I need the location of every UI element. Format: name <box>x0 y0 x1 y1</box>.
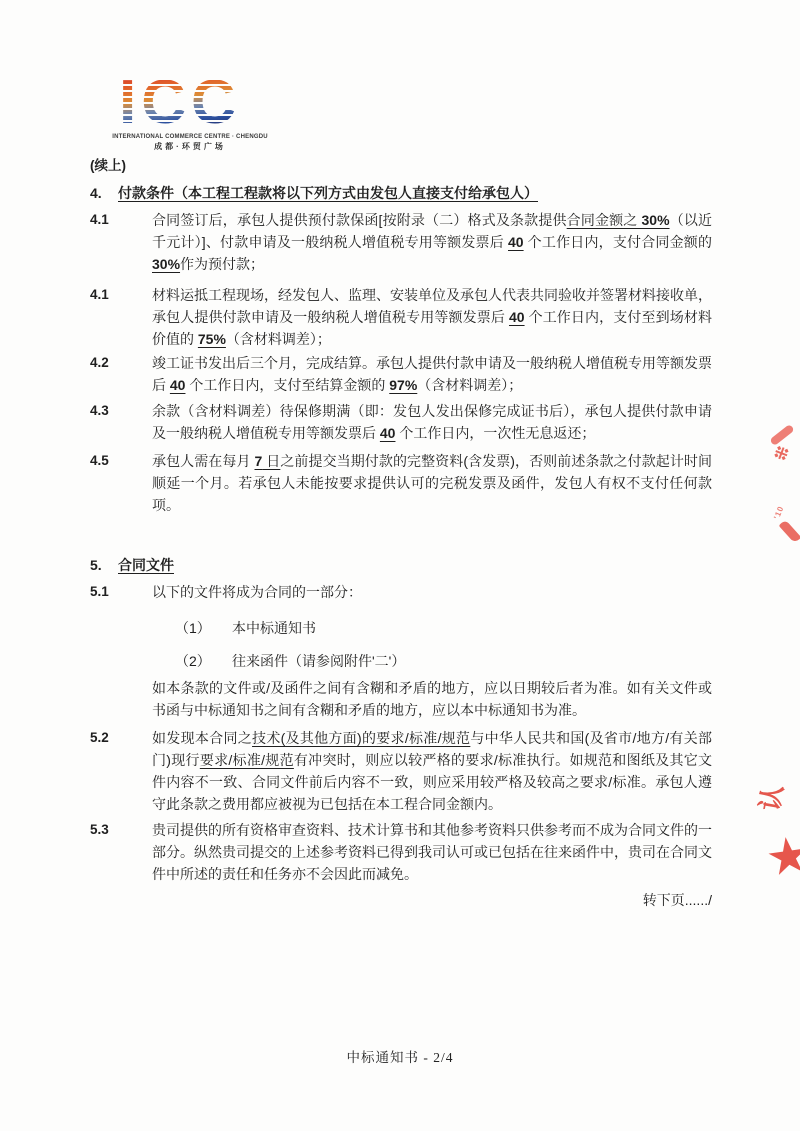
text-segment: 日 <box>262 453 280 469</box>
section-5-number: 5. <box>90 554 118 576</box>
clause-number: 5.3 <box>90 819 152 885</box>
text-segment: 75% <box>198 331 226 347</box>
stamp-fragment-stroke <box>779 520 800 544</box>
icc-logo-letters: ICC <box>119 74 241 128</box>
next-page-note: 转下页....../ <box>90 889 712 911</box>
section-4-title: 付款条件（本工程工程款将以下列方式由发包人直接支付给承包人） <box>118 182 538 204</box>
clause-4-5: 4.5 承包人需在每月 7 日之前提交当期付款的完整资料(含发票)，否则前述条款… <box>90 450 712 516</box>
text-segment: 合同金额之 <box>567 212 642 228</box>
text-segment: 30% <box>642 212 670 228</box>
clause-number: 4.5 <box>90 450 152 516</box>
page-footer: 中标通知书 - 2/4 <box>0 1046 800 1066</box>
clause-text: 承包人需在每月 7 日之前提交当期付款的完整资料(含发票)，否则前述条款之付款起… <box>152 450 712 516</box>
section-4-number: 4. <box>90 182 118 204</box>
clause-4-1a: 4.1 合同签订后，承包人提供预付款保函[按附录（二）格式及条款提供合同金额之 … <box>90 209 712 275</box>
text-segment: 40 <box>380 425 396 441</box>
clause-number: 4.2 <box>90 352 152 396</box>
text-segment: 97% <box>389 377 417 393</box>
text-segment: （含材料调差）； <box>417 377 522 393</box>
clause-text: 合同签订后，承包人提供预付款保函[按附录（二）格式及条款提供合同金额之 30%（… <box>152 209 712 275</box>
icc-logo: ICC INTERNATIONAL COMMERCE CENTRE · CHEN… <box>110 74 270 152</box>
text-segment: 40 <box>509 309 525 325</box>
clause-text: 材料运抵工程现场，经发包人、监理、安装单位及承包人代表共同验收并签署材料接收单，… <box>152 284 712 350</box>
subitem-text: 本中标通知书 <box>232 617 316 639</box>
text-segment: 如发现本合同之 <box>152 730 252 746</box>
text-segment: 40 <box>508 234 524 250</box>
stamp-fragment-small-text: '10 <box>772 504 786 520</box>
clause-5-3: 5.3 贵司提供的所有资格审查资料、技术计算书和其他参考资料只供参考而不成为合同… <box>90 819 712 885</box>
clause-4-2: 4.2 竣工证书发出后三个月，完成结算。承包人提供付款申请及一般纳税人增值税专用… <box>90 352 712 396</box>
text-segment: 合同签订后，承包人提供预付款保函[按附录（二）格式及条款提供 <box>152 212 567 228</box>
subitem-label: （1） <box>175 617 232 639</box>
continued-note: (续上) <box>90 155 712 177</box>
text-segment: 个工作日内，一次性无息返还； <box>395 425 595 441</box>
clause-text: 余款（含材料调差）待保修期满（即：发包人发出保修完成证书后），承包人提供付款申请… <box>152 400 712 444</box>
section-5-heading: 5. 合同文件 <box>90 554 712 576</box>
logo-caption-cn: 成都·环贸广场 <box>110 141 270 152</box>
clause-5-1: 5.1 以下的文件将成为合同的一部分： <box>90 581 712 603</box>
clause-4-1b: 4.1 材料运抵工程现场，经发包人、监理、安装单位及承包人代表共同验收并签署材料… <box>90 284 712 350</box>
document-page: ICC INTERNATIONAL COMMERCE CENTRE · CHEN… <box>0 0 800 1131</box>
clause-number: 4.1 <box>90 209 152 275</box>
stamp-star-icon: ★ <box>759 831 800 884</box>
subitem-2: （2） 往来函件（请参阅附件'二'） <box>90 650 712 672</box>
stamp-fragment-stroke <box>769 424 794 446</box>
logo-caption-en: INTERNATIONAL COMMERCE CENTRE · CHENGDU <box>110 134 270 140</box>
text-segment: 个工作日内，支付合同金额的 <box>524 234 712 250</box>
clause-5-1-note: 如本条款的文件或/及函件之间有含糊和矛盾的地方，应以日期较后者为准。如有关文件或… <box>90 677 712 721</box>
text-segment: 承包人需在每月 <box>152 453 255 469</box>
subitem-1: （1） 本中标通知书 <box>90 617 712 639</box>
subitem-text: 往来函件（请参阅附件'二'） <box>232 650 405 672</box>
clause-number: 4.1 <box>90 284 152 350</box>
section-4-heading: 4. 付款条件（本工程工程款将以下列方式由发包人直接支付给承包人） <box>90 182 712 204</box>
text-segment: 作为预付款； <box>180 256 264 272</box>
subitem-label: （2） <box>175 650 232 672</box>
text-segment: 个工作日内，支付至结算金额的 <box>185 377 389 393</box>
stamp-fragment-character: ※ <box>771 443 794 468</box>
clause-number: 5.2 <box>90 727 152 815</box>
clause-text: 竣工证书发出后三个月，完成结算。承包人提供付款申请及一般纳税人增值税专用等额发票… <box>152 352 712 396</box>
text-segment: 要求/标准/规范 <box>200 752 294 768</box>
text-segment: 40 <box>170 377 186 393</box>
clause-number: 4.3 <box>90 400 152 444</box>
clause-number: 5.1 <box>90 581 152 603</box>
document-body: (续上) 4. 付款条件（本工程工程款将以下列方式由发包人直接支付给承包人） 4… <box>90 155 712 911</box>
clause-4-3: 4.3 余款（含材料调差）待保修期满（即：发包人发出保修完成证书后），承包人提供… <box>90 400 712 444</box>
clause-text: 如发现本合同之技术(及其他方面)的要求/标准/规范与中华人民共和国(及省市/地方… <box>152 727 712 815</box>
clause-text: 以下的文件将成为合同的一部分： <box>152 581 712 603</box>
section-5-title: 合同文件 <box>118 554 174 576</box>
text-segment: 技术(及其他方面)的要求/标准/规范 <box>252 730 470 746</box>
clause-5-2: 5.2 如发现本合同之技术(及其他方面)的要求/标准/规范与中华人民共和国(及省… <box>90 727 712 815</box>
stamp-fragment-character: 认 <box>750 781 791 813</box>
icc-logo-icon: ICC <box>115 74 265 128</box>
text-segment: （含材料调差）； <box>226 331 331 347</box>
clause-text: 贵司提供的所有资格审查资料、技术计算书和其他参考资料只供参考而不成为合同文件的一… <box>152 819 712 885</box>
text-segment: 30% <box>152 256 180 272</box>
